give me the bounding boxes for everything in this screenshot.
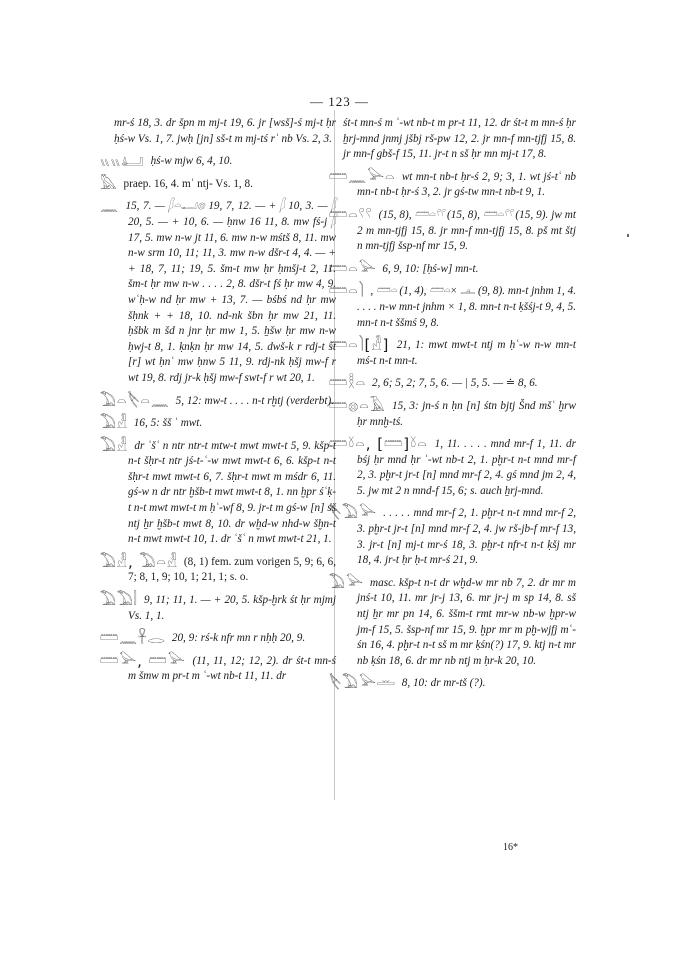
entry-text: 15, 3: jn-ś n ḥn [n] śtn bjtj Šnd mšʿ ḫr… bbox=[357, 400, 576, 428]
entry-text: 21, 1: mwt mwt-t ntj m ḥʿ-w n-w mn-t mś-… bbox=[357, 339, 576, 367]
hieroglyph-icon: 𓏠𓏏𓌙 bbox=[343, 284, 365, 299]
right-column: śt-t mn-ś m ʿ-wt nb-t m pr-t 11, 12. dr … bbox=[343, 116, 576, 699]
page-number: — 123 — bbox=[0, 94, 679, 110]
entry-text: mr-ś 18, 3. dr špn m mj-t 19, 6. jr [wsš… bbox=[114, 117, 336, 145]
scan-mark bbox=[627, 234, 629, 237]
dictionary-entry: 𓈖 15, 7. — 𓆄𓏏𓂝𓊖 19, 7, 12. — + 𓆄 10, 3. … bbox=[114, 199, 336, 386]
hieroglyph-icon: 𓅐𓏏𓌸𓏏𓈖 bbox=[114, 394, 170, 409]
dictionary-entry: 𓅐𓁐, 𓅐𓏏𓁐 (8, 1) fem. zum vorigen 5, 9; 6,… bbox=[114, 555, 336, 586]
dictionary-entry: 𓏠𓊖𓏏𓄿 15, 3: jn-ś n ḥn [n] śtn bjtj Šnd m… bbox=[343, 399, 576, 430]
entry-text: 15, 7. — 𓆄𓏏𓂝𓊖 19, 7, 12. — + 𓆄 10, 3. — … bbox=[125, 200, 336, 384]
dictionary-entry: śt-t mn-ś m ʿ-wt nb-t m pr-t 11, 12. dr … bbox=[343, 116, 576, 163]
hieroglyph-icon: 𓌸𓅐𓅪 bbox=[343, 506, 377, 521]
dictionary-entry: 𓏠𓏏𓌙 , 𓏠𓏏 (1, 4), 𓏠𓏏× 𓊵 (9, 8). mn-t jnhm… bbox=[343, 284, 576, 331]
hieroglyph-icon: 𓅐𓅪 bbox=[343, 576, 364, 591]
entry-text: masc. kšp-t n-t dr wḫd-w mr nb 7, 2. dr … bbox=[357, 577, 576, 667]
entry-text: ḥś-w mjw 6, 4, 10. bbox=[151, 155, 233, 167]
hieroglyph-icon: 𓏠𓏏𓅪 bbox=[343, 262, 377, 277]
hieroglyph-icon: 𓅐𓅐𓏪 bbox=[114, 593, 138, 608]
entry-text: 6, 9, 10: [ḥś-w] mn-t. bbox=[382, 263, 478, 275]
dictionary-entry: 𓅐𓏏𓌸𓏏𓈖 5, 12: mw-t . . . . n-t rḫtj (verd… bbox=[114, 394, 336, 410]
dictionary-entry: 𓅐𓅐𓏪 9, 11; 11, 1. — + 20, 5. kšp-ḫrk śt … bbox=[114, 593, 336, 624]
hieroglyph-icon: 𓏠𓊖𓏏𓄿 bbox=[343, 399, 386, 414]
hieroglyph-icon: 𓏠𓍱𓏏, [𓏠]𓍱𓏏 bbox=[343, 437, 428, 452]
dictionary-entry: 𓏠𓈖𓅪𓏏 wt mn-t nb-t ḥr-ś 2, 9; 3, 1. wt jś… bbox=[343, 170, 576, 201]
hieroglyph-icon: 𓌸𓅐𓅪𓏛 bbox=[343, 676, 396, 691]
dictionary-entry: 𓏠𓍱𓏏, [𓏠]𓍱𓏏 1, 11. . . . . mnd mr-f 1, 11… bbox=[343, 437, 576, 499]
entry-text: praep. 16, 4. mʿ ntj- Vs. 1, 8. bbox=[124, 178, 253, 190]
hieroglyph-icon: 𓏠𓅪, 𓏠𓅪 bbox=[114, 654, 186, 669]
dictionary-entry: 𓏠𓎛𓏏 2, 6; 5, 2; 7, 5, 6. — | 5, 5. — ≐ 8… bbox=[343, 376, 576, 392]
dictionary-entry: 𓏠𓈖𓋹𓂋 20, 9: rś-k nfr mn r nḥḥ 20, 9. bbox=[114, 631, 336, 647]
hieroglyph-icon: 𓏠𓎛𓏏 bbox=[343, 376, 366, 391]
dictionary-entry: 𓅐𓅪 masc. kšp-t n-t dr wḫd-w mr nb 7, 2. … bbox=[343, 576, 576, 670]
dictionary-entry: 𓏠𓏏𓅪 6, 9, 10: [ḥś-w] mn-t. bbox=[343, 262, 576, 278]
dictionary-entry: 𓏠𓏏𓌙[𓁐] 21, 1: mwt mwt-t ntj m ḥʿ-w n-w m… bbox=[343, 338, 576, 369]
hieroglyph-icon: 𓅐𓁐, 𓅐𓏏𓁐 bbox=[114, 555, 178, 570]
hieroglyph-icon: 𓏭𓏭𓂞 bbox=[114, 154, 145, 169]
entry-text: śt-t mn-ś m ʿ-wt nb-t m pr-t 11, 12. dr … bbox=[343, 117, 576, 160]
dictionary-entry: mr-ś 18, 3. dr špn m mj-t 19, 6. jr [wsš… bbox=[114, 116, 336, 147]
dictionary-entry: 𓌸𓅐𓅪𓏛 8, 10: dr mr-tš (?). bbox=[343, 676, 576, 692]
left-column: mr-ś 18, 3. dr špn m mj-t 19, 6. jr [wsš… bbox=[114, 116, 336, 692]
dictionary-entry: 𓅐𓁐 dr ʿšʿ n ntr ntr-t mtw-t mwt mwt-t 5,… bbox=[114, 439, 336, 548]
dictionary-entry: 𓅓 praep. 16, 4. mʿ ntj- Vs. 1, 8. bbox=[114, 177, 336, 193]
hieroglyph-icon: 𓏠𓏏𓌙[𓁐] bbox=[343, 338, 389, 353]
dictionary-entry: 𓅐𓁐 16, 5: šš ʿ mwt. bbox=[114, 416, 336, 432]
hieroglyph-icon: 𓏠𓈖𓋹𓂋 bbox=[114, 631, 166, 646]
entry-text: , 𓏠𓏏 (1, 4), 𓏠𓏏× 𓊵 (9, 8). mn-t jnhm 1, … bbox=[357, 285, 576, 328]
entry-text: 16, 5: šš ʿ mwt. bbox=[134, 417, 202, 429]
hieroglyph-icon: 𓅓 bbox=[114, 177, 118, 192]
hieroglyph-icon: 𓅐𓁐 bbox=[114, 416, 128, 431]
entry-text: 9, 11; 11, 1. — + 20, 5. kšp-ḫrk śt ḥr m… bbox=[128, 594, 336, 622]
dictionary-entry: 𓏠𓏏𓍢𓍢 (15, 8), 𓏠𓏏𓍢𓍢 (15, 8), 𓏠𓏏𓍢𓍢 (15, 9)… bbox=[343, 208, 576, 255]
dictionary-entry: 𓏠𓅪, 𓏠𓅪 (11, 11, 12; 12, 2). dr śt-t mn-ś… bbox=[114, 654, 336, 685]
hieroglyph-icon: 𓏠𓏏𓍢𓍢 bbox=[343, 208, 373, 223]
entry-text: 20, 9: rś-k nfr mn r nḥḥ 20, 9. bbox=[172, 632, 305, 644]
entry-text: 8, 10: dr mr-tš (?). bbox=[402, 677, 486, 689]
printer-signature: 16* bbox=[503, 842, 518, 853]
entry-text: . . . . . mnd mr-f 2, 1. pḫr-t n-t mnd m… bbox=[357, 507, 576, 566]
entry-text: 5, 12: mw-t . . . . n-t rḫtj (verderbt). bbox=[176, 395, 334, 407]
entry-text: dr ʿšʿ n ntr ntr-t mtw-t mwt mwt-t 5, 9.… bbox=[128, 440, 336, 546]
hieroglyph-icon: 𓅐𓁐 bbox=[114, 439, 128, 454]
dictionary-entry: 𓌸𓅐𓅪 . . . . . mnd mr-f 2, 1. pḫr-t n-t m… bbox=[343, 506, 576, 568]
hieroglyph-icon: 𓈖 bbox=[114, 199, 119, 214]
entry-text: (15, 8), 𓏠𓏏𓍢𓍢 (15, 8), 𓏠𓏏𓍢𓍢 (15, 9). jw … bbox=[357, 209, 576, 252]
entry-text: 2, 6; 5, 2; 7, 5, 6. — | 5, 5. — ≐ 8, 6. bbox=[372, 377, 538, 389]
dictionary-entry: 𓏭𓏭𓂞 ḥś-w mjw 6, 4, 10. bbox=[114, 154, 336, 170]
hieroglyph-icon: 𓏠𓈖𓅪𓏏 bbox=[343, 170, 396, 185]
